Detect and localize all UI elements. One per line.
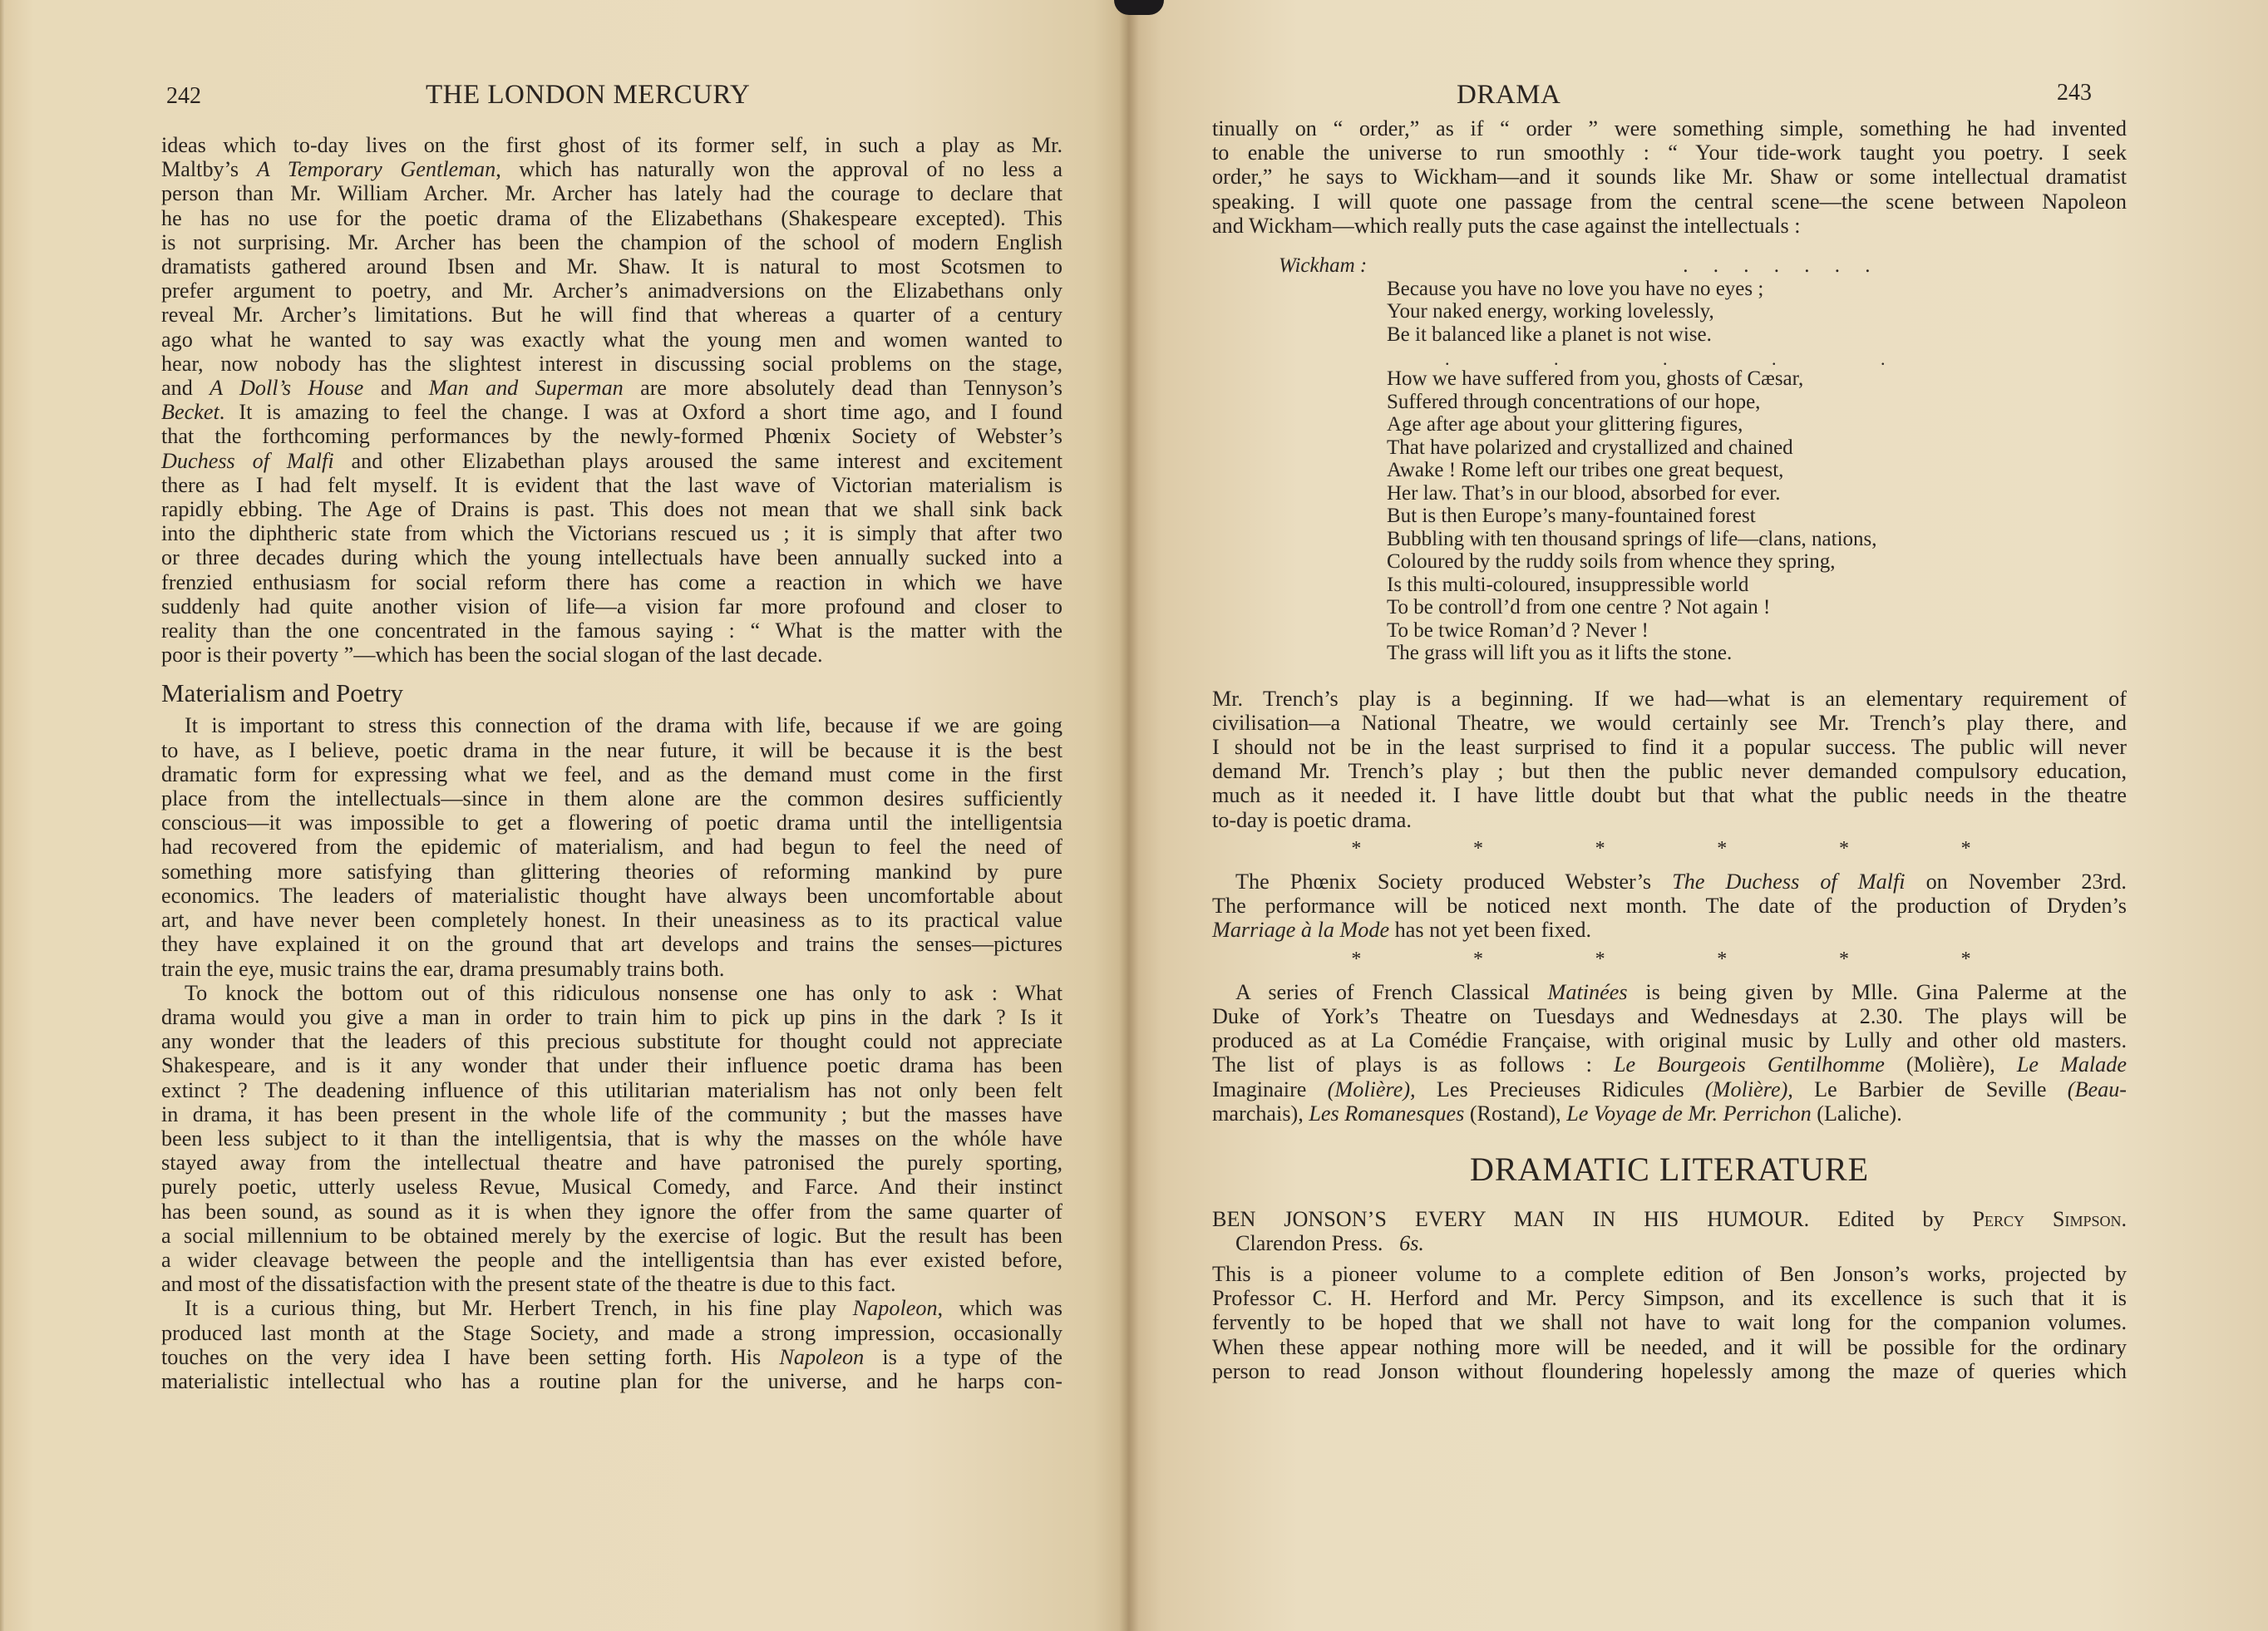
text-line: To knock the bottom out of this ridiculo… <box>161 981 1063 1005</box>
text-line: had recovered from the epidemic of mater… <box>161 835 1063 859</box>
text-line: tinually on “ order,” as if “ order ” we… <box>1212 116 2127 140</box>
text-line: to have, as I believe, poetic drama in t… <box>161 738 1063 762</box>
text-line: much as it needed it. I have little doub… <box>1212 783 2127 807</box>
text-line: fervently to be hoped that we shall not … <box>1212 1310 2127 1334</box>
text-line: art, and have never been completely hone… <box>161 908 1063 932</box>
text-line: is not surprising. Mr. Archer has been t… <box>161 230 1063 254</box>
text-line: Imaginaire (Molière), Les Precieuses Rid… <box>1212 1077 2127 1101</box>
verse-line: That have polarized and crystallized and… <box>1387 436 2127 460</box>
text-line: a wider cleavage between the people and … <box>161 1248 1063 1272</box>
text-line: they have explained it on the ground tha… <box>161 932 1063 956</box>
paragraph: To knock the bottom out of this ridiculo… <box>161 981 1063 1297</box>
text-line: suddenly had quite another vision of lif… <box>161 594 1063 618</box>
asterisk-separator: * <box>1839 837 1849 861</box>
book-spread: 242 THE LONDON MERCURY ideas which to-da… <box>0 0 2268 1631</box>
text-line: and A Doll’s House and Man and Superman … <box>161 376 1063 400</box>
asterisk-separator: * <box>1961 948 1971 972</box>
text-line: produced last month at the Stage Society… <box>161 1321 1063 1345</box>
verse-stanza: Because you have no love you have no eye… <box>1212 278 2127 347</box>
verse-line: Be it balanced like a planet is not wise… <box>1387 323 2127 347</box>
book-title: BEN JONSON’S EVERY MAN IN HIS HUMOUR. <box>1212 1207 1809 1231</box>
paragraph: tinually on “ order,” as if “ order ” we… <box>1212 116 2127 238</box>
asterisk-separator: * <box>1961 837 1971 861</box>
publisher-line: Clarendon Press. 6s. <box>1235 1231 2127 1255</box>
verse-line: Is this multi-coloured, insuppressible w… <box>1387 574 2127 597</box>
text-line: that the forthcoming performances by the… <box>161 424 1063 448</box>
text-line: to-day is poetic drama. <box>1212 808 2127 832</box>
text-line: rapidly ebbing. The Age of Drains is pas… <box>161 497 1063 521</box>
text-line: has been sound, as sound as it is when t… <box>161 1200 1063 1224</box>
text-line: been less subject to it than the intelli… <box>161 1126 1063 1151</box>
text-line: Marriage à la Mode has not yet been fixe… <box>1212 918 2127 942</box>
text-line: Duke of York’s Theatre on Tuesdays and W… <box>1212 1004 2127 1028</box>
paragraph: ideas which to-day lives on the first gh… <box>161 133 1063 667</box>
verse-line: Her law. That’s in our blood, absorbed f… <box>1387 482 2127 505</box>
text-line: A series of French Classical Matinées is… <box>1212 980 2127 1004</box>
verse-line: Because you have no love you have no eye… <box>1387 278 2127 301</box>
text-line: civilisation—a National Theatre, we woul… <box>1212 711 2127 735</box>
text-line: into the diphtheric state from which the… <box>161 521 1063 545</box>
verse-stanza: How we have suffered from you, ghosts of… <box>1212 367 2127 665</box>
section-separator: ****** <box>1212 948 2127 972</box>
left-column: ideas which to-day lives on the first gh… <box>161 133 1063 1393</box>
text-line: train the eye, music trains the ear, dra… <box>161 957 1063 981</box>
text-line: It is a curious thing, but Mr. Herbert T… <box>161 1296 1063 1320</box>
running-head: DRAMA <box>1457 80 1560 111</box>
verse-line: Your naked energy, working lovelessly, <box>1387 300 2127 323</box>
verse-line: To be controll’d from one centre ? Not a… <box>1387 596 2127 619</box>
text-line: produced as at La Comédie Française, wit… <box>1212 1028 2127 1052</box>
text-line: and most of the dissatisfaction with the… <box>161 1272 1063 1296</box>
text-line: and Wickham—which really puts the case a… <box>1212 214 2127 238</box>
text-line: Mr. Trench’s play is a beginning. If we … <box>1212 687 2127 711</box>
text-line: economics. The leaders of materialistic … <box>161 884 1063 908</box>
paragraph: This is a pioneer volume to a complete e… <box>1212 1262 2127 1383</box>
asterisk-separator: * <box>1351 837 1361 861</box>
text-line: he has no use for the poetic drama of th… <box>161 206 1063 230</box>
asterisk-separator: * <box>1717 948 1727 972</box>
verse-line: Coloured by the ruddy soils from whence … <box>1387 550 2127 574</box>
paragraph: The Phœnix Society produced Webster’s Th… <box>1212 870 2127 943</box>
asterisk-separator: * <box>1595 948 1605 972</box>
text-line: Duchess of Malfi and other Elizabethan p… <box>161 449 1063 473</box>
verse-line: Suffered through concentrations of our h… <box>1387 391 2127 414</box>
asterisk-separator: * <box>1351 948 1361 972</box>
text-line: a social millennium to be obtained merel… <box>161 1224 1063 1248</box>
text-line: conscious—it was impossible to get a flo… <box>161 811 1063 835</box>
verse-ellipsis: . . . . . <box>1445 351 2127 367</box>
text-line: The list of plays is as follows : Le Bou… <box>1212 1052 2127 1077</box>
asterisk-separator: * <box>1839 948 1849 972</box>
text-line: materialistic intellectual who has a rou… <box>161 1369 1063 1393</box>
text-line: in drama, it has been present in the who… <box>161 1102 1063 1126</box>
section-title: DRAMATIC LITERATURE <box>1212 1151 2127 1189</box>
text-line: frenzied enthusiasm for social reform th… <box>161 570 1063 594</box>
paragraph: It is important to stress this connectio… <box>161 713 1063 980</box>
paragraph: A series of French Classical Matinées is… <box>1212 980 2127 1126</box>
verse-line: How we have suffered from you, ghosts of… <box>1387 367 2127 391</box>
text-line: I should not be in the least surprised t… <box>1212 735 2127 759</box>
text-line: dramatic form for expressing what we fee… <box>161 762 1063 786</box>
text-line: extinct ? The deadening influence of thi… <box>161 1078 1063 1102</box>
asterisk-separator: * <box>1595 837 1605 861</box>
verse-quotation: Wickham : . . . . . . . Because you have… <box>1212 254 2127 665</box>
text-line: When these appear nothing more will be n… <box>1212 1335 2127 1359</box>
text-line: reality than the one concentrated in the… <box>161 618 1063 643</box>
text-line: dramatists gathered around Ibsen and Mr.… <box>161 254 1063 278</box>
paragraph: It is a curious thing, but Mr. Herbert T… <box>161 1296 1063 1393</box>
book-spine-top <box>1114 0 1164 15</box>
verse-line: The grass will lift you as it lifts the … <box>1387 642 2127 665</box>
book-spine <box>1119 0 1139 1631</box>
asterisk-separator: * <box>1473 837 1483 861</box>
verse-speaker: Wickham : <box>1279 254 1367 278</box>
verse-line: To be twice Roman’d ? Never ! <box>1387 619 2127 643</box>
verse-ellipsis: . . . . . . . <box>1683 254 1880 278</box>
text-line: poor is their poverty ”—which has been t… <box>161 643 1063 667</box>
publisher: Clarendon Press. <box>1235 1231 1383 1255</box>
edited-by: Edited by <box>1837 1207 1944 1231</box>
text-line: touches on the very idea I have been set… <box>161 1345 1063 1369</box>
page-number: 242 <box>166 83 201 110</box>
text-line: order,” he says to Wickham—and it sounds… <box>1212 165 2127 189</box>
text-line: The performance will be noticed next mon… <box>1212 894 2127 918</box>
text-line: purely poetic, utterly useless Revue, Mu… <box>161 1175 1063 1199</box>
text-line: to enable the universe to run smoothly :… <box>1212 140 2127 165</box>
verse-line: But is then Europe’s many-fountained for… <box>1387 505 2127 528</box>
text-line: marchais), Les Romanesques (Rostand), Le… <box>1212 1101 2127 1126</box>
text-line: Becket. It is amazing to feel the change… <box>161 400 1063 424</box>
text-line: ago what he wanted to say was exactly wh… <box>161 328 1063 352</box>
text-line: drama would you give a man in order to t… <box>161 1005 1063 1029</box>
text-line: there as I had felt myself. It is eviden… <box>161 473 1063 497</box>
asterisk-separator: * <box>1473 948 1483 972</box>
text-line: This is a pioneer volume to a complete e… <box>1212 1262 2127 1286</box>
text-line: reveal Mr. Archer’s limitations. But he … <box>161 303 1063 327</box>
right-page: DRAMA 243 tinually on “ order,” as if “ … <box>1127 0 2268 1631</box>
review-heading: BEN JONSON’S EVERY MAN IN HIS HUMOUR. Ed… <box>1212 1207 2127 1255</box>
right-column: tinually on “ order,” as if “ order ” we… <box>1212 116 2127 1383</box>
page-number: 243 <box>2057 80 2092 106</box>
editor-name: Percy Simpson. <box>1972 1207 2127 1231</box>
text-line: prefer argument to poetry, and Mr. Arche… <box>161 278 1063 303</box>
verse-line: Bubbling with ten thousand springs of li… <box>1387 528 2127 551</box>
text-line: speaking. I will quote one passage from … <box>1212 190 2127 214</box>
running-head: THE LONDON MERCURY <box>426 80 750 111</box>
text-line: any wonder that the leaders of this prec… <box>161 1029 1063 1053</box>
text-line: Professor C. H. Herford and Mr. Percy Si… <box>1212 1286 2127 1310</box>
text-line: person than Mr. William Archer. Mr. Arch… <box>161 181 1063 205</box>
text-line: stayed away from the intellectual theatr… <box>161 1151 1063 1175</box>
price: 6s. <box>1399 1231 1424 1255</box>
section-subheading: Materialism and Poetry <box>161 678 1063 708</box>
text-line: something more satisfying than glitterin… <box>161 860 1063 884</box>
text-line: place from the intellectuals—since in th… <box>161 786 1063 811</box>
verse-line: Age after age about your glittering figu… <box>1387 413 2127 436</box>
text-line: hear, now nobody has the slightest inter… <box>161 352 1063 376</box>
text-line: demand Mr. Trench’s play ; but then the … <box>1212 759 2127 783</box>
text-line: Maltby’s A Temporary Gentleman, which ha… <box>161 157 1063 181</box>
text-line: The Phœnix Society produced Webster’s Th… <box>1212 870 2127 894</box>
verse-line: Awake ! Rome left our tribes one great b… <box>1387 459 2127 482</box>
text-line: person to read Jonson without flounderin… <box>1212 1359 2127 1383</box>
text-line: Shakespeare, and is it any wonder that u… <box>161 1053 1063 1077</box>
review-title-line: BEN JONSON’S EVERY MAN IN HIS HUMOUR. Ed… <box>1212 1207 2127 1231</box>
left-page: 242 THE LONDON MERCURY ideas which to-da… <box>0 0 1127 1631</box>
text-line: ideas which to-day lives on the first gh… <box>161 133 1063 157</box>
section-separator: ****** <box>1212 837 2127 861</box>
text-line: It is important to stress this connectio… <box>161 713 1063 737</box>
page-edge <box>0 0 5 1631</box>
text-line: or three decades during which the young … <box>161 545 1063 569</box>
paragraph: Mr. Trench’s play is a beginning. If we … <box>1212 687 2127 832</box>
asterisk-separator: * <box>1717 837 1727 861</box>
